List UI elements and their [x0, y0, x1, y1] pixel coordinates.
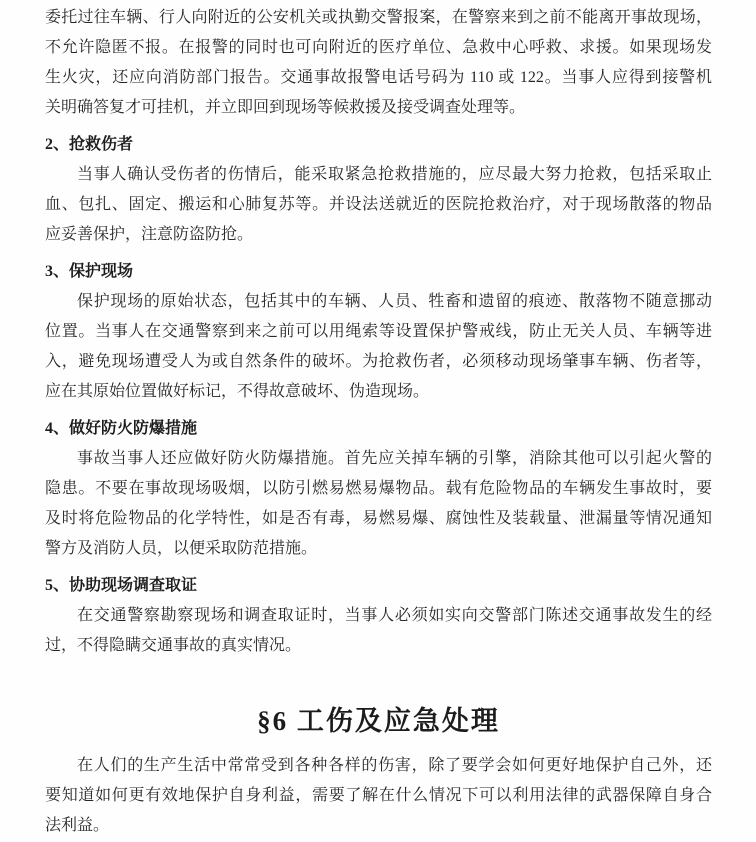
text-line: 生火灾，还应向消防部门报告。交通事故报警电话号码为 110 或 122。当事人应… [45, 63, 712, 93]
paragraph: 当事人确认受伤者的伤情后，能采取紧急抢救措施的，应尽最大努力抢救，包括采取止 血… [45, 160, 712, 250]
text-line: 在交通警察勘察现场和调查取证时，当事人必须如实向交警部门陈述交通事故发生的经 [45, 601, 712, 631]
paragraph: 在人们的生产生活中常常受到各种各样的伤害，除了要学会如何更好地保护自己外，还 要… [45, 751, 712, 841]
text-line: 隐患。不要在事故现场吸烟，以防引燃易燃易爆物品。载有危险物品的车辆发生事故时，要 [45, 474, 712, 504]
paragraph: 事故当事人还应做好防火防爆措施。首先应关掉车辆的引擎，消除其他可以引起火警的 隐… [45, 444, 712, 564]
text-line: 应妥善保护，注意防盗防抢。 [45, 220, 712, 250]
text-line: 委托过往车辆、行人向附近的公安机关或执勤交警报案，在警察来到之前不能离开事故现场… [45, 3, 712, 33]
text-line: 当事人确认受伤者的伤情后，能采取紧急抢救措施的，应尽最大努力抢救，包括采取止 [45, 160, 712, 190]
text-line: 血、包扎、固定、搬运和心肺复苏等。并设法送就近的医院抢救治疗，对于现场散落的物品 [45, 190, 712, 220]
text-line: 不允许隐匿不报。在报警的同时也可向附近的医疗单位、急救中心呼救、求援。如果现场发 [45, 33, 712, 63]
paragraph: 委托过往车辆、行人向附近的公安机关或执勤交警报案，在警察来到之前不能离开事故现场… [45, 3, 712, 123]
heading-assist-investigation: 5、协助现场调查取证 [45, 571, 712, 601]
chapter-heading-work-injury: §6 工伤及应急处理 [45, 699, 712, 743]
text-line: 在人们的生产生活中常常受到各种各样的伤害，除了要学会如何更好地保护自己外，还 [45, 751, 712, 781]
text-line: 保护现场的原始状态，包括其中的车辆、人员、牲畜和遗留的痕迹、散落物不随意挪动 [45, 287, 712, 317]
text-line: 入，避免现场遭受人为或自然条件的破坏。为抢救伤者，必须移动现场肇事车辆、伤者等， [45, 347, 712, 377]
text-line: 及时将危险物品的化学特性，如是否有毒，易燃易爆、腐蚀性及装载量、泄漏量等情况通知 [45, 504, 712, 534]
text-line: 事故当事人还应做好防火防爆措施。首先应关掉车辆的引擎，消除其他可以引起火警的 [45, 444, 712, 474]
document-page: 委托过往车辆、行人向附近的公安机关或执勤交警报案，在警察来到之前不能离开事故现场… [0, 0, 756, 842]
heading-fire-explosion-prevention: 4、做好防火防爆措施 [45, 414, 712, 444]
text-line: 关明确答复才可挂机，并立即回到现场等候救援及接受调查处理等。 [45, 93, 712, 123]
heading-protect-scene: 3、保护现场 [45, 257, 712, 287]
text-line: 应在其原始位置做好标记，不得故意破坏、伪造现场。 [45, 377, 712, 407]
paragraph: 在交通警察勘察现场和调查取证时，当事人必须如实向交警部门陈述交通事故发生的经 过… [45, 601, 712, 661]
text-line: 法利益。 [45, 811, 712, 841]
text-line: 位置。当事人在交通警察到来之前可以用绳索等设置保护警戒线，防止无关人员、车辆等进 [45, 317, 712, 347]
text-line: 警方及消防人员，以便采取防范措施。 [45, 534, 712, 564]
text-line: 过，不得隐瞒交通事故的真实情况。 [45, 631, 712, 661]
heading-rescue-injured: 2、抢救伤者 [45, 130, 712, 160]
paragraph: 保护现场的原始状态，包括其中的车辆、人员、牲畜和遗留的痕迹、散落物不随意挪动 位… [45, 287, 712, 407]
text-line: 要知道如何更有效地保护自身利益，需要了解在什么情况下可以利用法律的武器保障自身合 [45, 781, 712, 811]
